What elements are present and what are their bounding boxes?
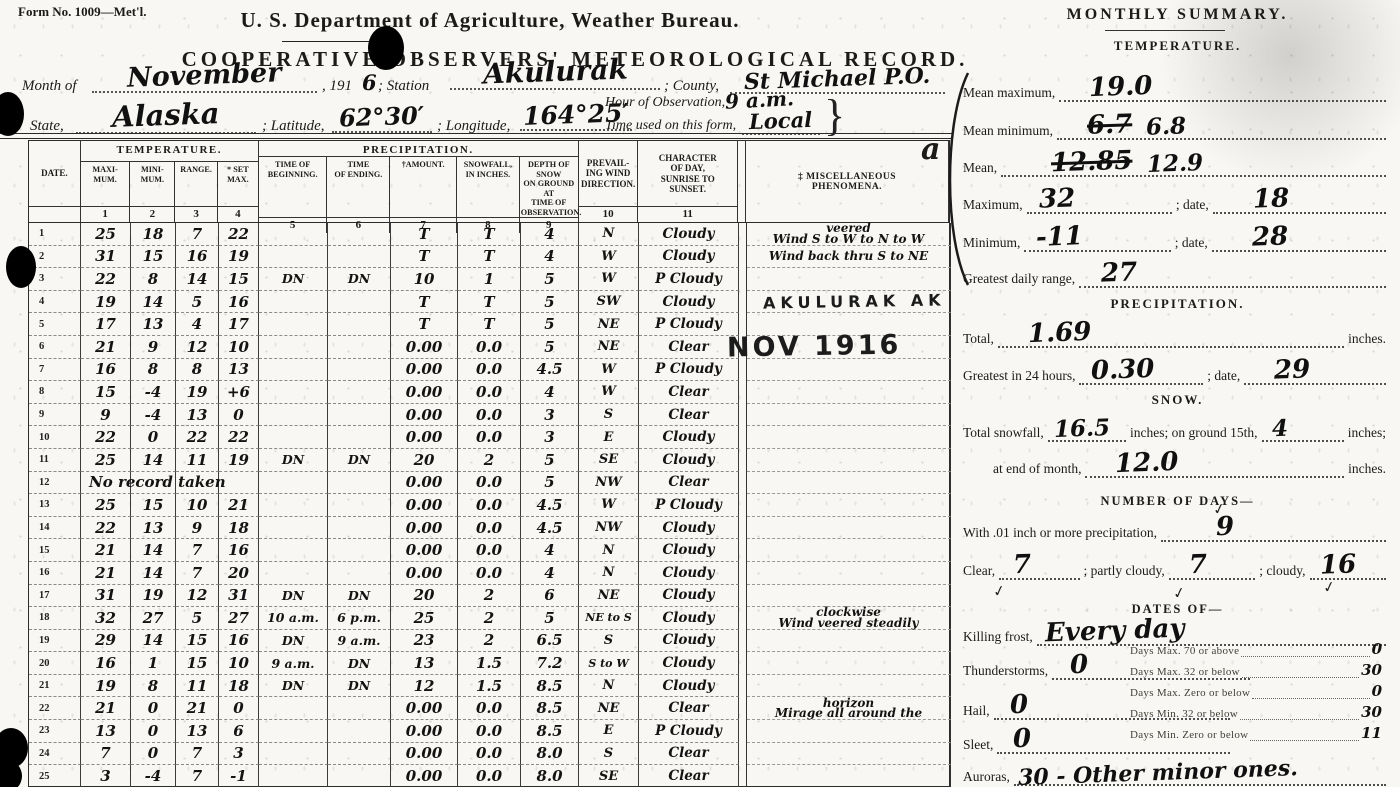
cell-time-beginning bbox=[259, 720, 328, 743]
greatest-24h-value: 0.30 bbox=[1091, 356, 1155, 384]
partly-cloudy-label: ; partly cloudy, bbox=[1084, 563, 1165, 580]
cell-wind: N bbox=[579, 675, 639, 698]
header-date: DATE. bbox=[29, 141, 81, 222]
cell-character: Cloudy bbox=[639, 449, 739, 472]
col-number-3: 3 bbox=[175, 206, 217, 222]
snowfall-label: SNOWFALL, IN INCHES. bbox=[457, 157, 519, 217]
cell-date: 24 bbox=[29, 743, 81, 766]
cell-snowfall: 0.0 bbox=[458, 743, 521, 766]
cell-max: 31 bbox=[81, 246, 131, 269]
cell-character: Clear bbox=[639, 381, 739, 404]
cell-date: 5 bbox=[29, 313, 81, 336]
cell-max: 25 bbox=[81, 494, 131, 517]
cell-spacer bbox=[739, 675, 747, 698]
cell-range: 4 bbox=[176, 313, 219, 336]
snowfall-line: Total snowfall, 16.5 inches; on ground 1… bbox=[963, 410, 1386, 442]
greatest-24h-line: Greatest in 24 hours, 0.30 ; date, 29 bbox=[963, 353, 1386, 385]
precipitation-section-header: PRECIPITATION. bbox=[955, 296, 1400, 312]
thunderstorms-value: 0 bbox=[1070, 652, 1089, 679]
cell-depth: 6.5 bbox=[521, 630, 579, 653]
cell-time-ending bbox=[328, 426, 391, 449]
precip-days-label: With .01 inch or more precipitation, bbox=[963, 525, 1157, 542]
cell-spacer bbox=[739, 585, 747, 608]
cell-character: Clear bbox=[639, 765, 739, 787]
mean-min-value: 6.8 bbox=[1146, 114, 1187, 138]
cell-snowfall: 0.0 bbox=[458, 472, 521, 495]
cell-set-max: 18 bbox=[219, 675, 259, 698]
cell-min: 13 bbox=[131, 517, 176, 540]
cell-character: Cloudy bbox=[639, 585, 739, 608]
cell-amount: 0.00 bbox=[391, 765, 458, 787]
cell-spacer bbox=[739, 246, 747, 269]
cell-time-beginning bbox=[259, 223, 328, 246]
cell-amount: T bbox=[391, 223, 458, 246]
max-label: MAXI- MUM. bbox=[81, 162, 130, 206]
cell-character: Cloudy bbox=[639, 652, 739, 675]
cell-time-beginning: DN bbox=[259, 449, 328, 472]
stamp-line-value: 30 bbox=[1361, 663, 1382, 678]
cell-character: Cloudy bbox=[639, 517, 739, 540]
cell-character: Clear bbox=[639, 472, 739, 495]
stamp-line: Days Max. 32 or below30 bbox=[1130, 657, 1382, 678]
ink-blot bbox=[368, 26, 404, 70]
cell-snowfall: 2 bbox=[458, 585, 521, 608]
cell-range: 13 bbox=[176, 720, 219, 743]
auroras-value: 30 - Other minor ones. bbox=[1018, 757, 1299, 787]
cell-date: 23 bbox=[29, 720, 81, 743]
cell-misc bbox=[747, 449, 951, 472]
cell-amount: 13 bbox=[391, 652, 458, 675]
cell-date: 1 bbox=[29, 223, 81, 246]
cell-set-max: 19 bbox=[219, 449, 259, 472]
cell-depth: 5 bbox=[521, 449, 579, 472]
cell-wind: SW bbox=[579, 291, 639, 314]
cell-spacer bbox=[739, 381, 747, 404]
inches-suffix: inches. bbox=[1348, 331, 1386, 348]
cell-max: 21 bbox=[81, 336, 131, 359]
cell-date: 15 bbox=[29, 539, 81, 562]
cell-depth: 4 bbox=[521, 562, 579, 585]
time-used-field: Local bbox=[742, 108, 820, 135]
cell-date: 19 bbox=[29, 630, 81, 653]
cell-set-max: 18 bbox=[219, 517, 259, 540]
cell-set-max: 10 bbox=[219, 336, 259, 359]
cell-min: -4 bbox=[131, 765, 176, 787]
cell-min: 0 bbox=[131, 697, 176, 720]
cell-misc bbox=[747, 539, 951, 562]
cell-time-ending bbox=[328, 404, 391, 427]
cell-date: 11 bbox=[29, 449, 81, 472]
cell-set-max: 16 bbox=[219, 539, 259, 562]
cell-time-ending: 9 a.m. bbox=[328, 630, 391, 653]
cell-time-ending bbox=[328, 539, 391, 562]
hail-value: 0 bbox=[1009, 692, 1028, 719]
cell-wind: S bbox=[579, 630, 639, 653]
cell-time-beginning bbox=[259, 291, 328, 314]
cell-time-beginning bbox=[259, 426, 328, 449]
cell-spacer bbox=[739, 268, 747, 291]
cell-snowfall: 1.5 bbox=[458, 652, 521, 675]
minimum-date-label: ; date, bbox=[1175, 235, 1208, 252]
cell-snowfall: 0.0 bbox=[458, 720, 521, 743]
check-mark: ✓ bbox=[1171, 583, 1187, 604]
cell-misc: Wind back thru S to NE bbox=[747, 246, 951, 269]
cell-min: 0 bbox=[131, 426, 176, 449]
on-ground-value: 4 bbox=[1271, 417, 1288, 441]
cell-wind: SE bbox=[579, 449, 639, 472]
cell-character: Cloudy bbox=[639, 291, 739, 314]
col-number-2: 2 bbox=[130, 206, 174, 222]
cell-set-max: 15 bbox=[219, 268, 259, 291]
cell-spacer bbox=[739, 562, 747, 585]
cell-date: 3 bbox=[29, 268, 81, 291]
mean-min-line: Mean minimum, 6.7 6.8 bbox=[963, 108, 1386, 140]
cell-spacer bbox=[739, 494, 747, 517]
cell-max: 25 bbox=[81, 223, 131, 246]
cell-time-beginning bbox=[259, 494, 328, 517]
cell-set-max: 13 bbox=[219, 359, 259, 382]
cell-time-ending bbox=[328, 494, 391, 517]
setmax-label: * SET MAX. bbox=[218, 162, 258, 206]
cell-range: 16 bbox=[176, 246, 219, 269]
cell-character: Cloudy bbox=[639, 223, 739, 246]
cell-wind: N bbox=[579, 539, 639, 562]
partly-cloudy-value: 7 bbox=[1188, 552, 1207, 579]
mean-line: Mean, 12.85 12.9 bbox=[963, 145, 1386, 177]
cell-time-beginning: 9 a.m. bbox=[259, 652, 328, 675]
cell-time-beginning bbox=[259, 359, 328, 382]
stamp-block: Days Max. 70 or above0Days Max. 32 or be… bbox=[1130, 636, 1382, 741]
range-label: Greatest daily range, bbox=[963, 271, 1075, 288]
cell-amount: 0.00 bbox=[391, 517, 458, 540]
cell-depth: 8.5 bbox=[521, 697, 579, 720]
cell-time-ending: DN bbox=[328, 449, 391, 472]
cell-time-ending: DN bbox=[328, 268, 391, 291]
range-value: 27 bbox=[1101, 259, 1138, 286]
cell-amount: 0.00 bbox=[391, 697, 458, 720]
greatest-24h-date-label: ; date, bbox=[1207, 368, 1240, 385]
cell-wind: SE bbox=[579, 765, 639, 787]
inches-suffix-3: inches. bbox=[1348, 461, 1386, 478]
table-header: DATE. TEMPERATURE. MAXI- MUM. 1 MINI- MU… bbox=[29, 141, 949, 223]
column-spacer bbox=[738, 141, 746, 222]
cell-time-ending bbox=[328, 472, 391, 495]
cell-date: 22 bbox=[29, 697, 81, 720]
stamp-line-label: Days Max. 70 or above bbox=[1130, 645, 1239, 657]
cell-range: 21 bbox=[176, 697, 219, 720]
cell-snowfall: 2 bbox=[458, 607, 521, 630]
cell-time-ending bbox=[328, 743, 391, 766]
hour-label: Hour of Observation, bbox=[605, 95, 725, 111]
header-range: RANGE. 3 bbox=[175, 162, 218, 222]
stamp-line: Days Min. Zero or below11 bbox=[1130, 720, 1382, 741]
cell-date: 25 bbox=[29, 765, 81, 787]
mean-max-value: 19.0 bbox=[1089, 73, 1153, 101]
stamp-line: Days Max. Zero or below0 bbox=[1130, 678, 1382, 699]
cell-min: 15 bbox=[131, 246, 176, 269]
cell-set-max: 20 bbox=[219, 562, 259, 585]
cell-snowfall: 2 bbox=[458, 449, 521, 472]
precip-total-line: Total, 1.69 inches. bbox=[963, 316, 1386, 348]
cell-spacer bbox=[739, 765, 747, 787]
greatest-24h-label: Greatest in 24 hours, bbox=[963, 368, 1075, 385]
cell-spacer bbox=[739, 472, 747, 495]
cell-range: 14 bbox=[176, 268, 219, 291]
cell-set-max: 0 bbox=[219, 404, 259, 427]
cell-set-max: 22 bbox=[219, 426, 259, 449]
stamp-line: Days Max. 70 or above0 bbox=[1130, 636, 1382, 657]
cell-set-max: 21 bbox=[219, 494, 259, 517]
cell-character: Cloudy bbox=[639, 426, 739, 449]
cell-depth: 8.0 bbox=[521, 765, 579, 787]
header-double-rule bbox=[0, 133, 952, 139]
cell-character: Clear bbox=[639, 336, 739, 359]
summary-rule bbox=[1105, 30, 1225, 31]
header-wind: PREVAIL- ING WIND DIRECTION. 10 bbox=[579, 141, 639, 222]
header-snowfall: SNOWFALL, IN INCHES. 8 bbox=[457, 157, 520, 233]
monthly-summary: a MONTHLY SUMMARY. TEMPERATURE. Mean max… bbox=[955, 0, 1400, 787]
month-value: November bbox=[127, 57, 282, 93]
range-line: Greatest daily range, 27 bbox=[963, 256, 1386, 288]
cell-wind: NE bbox=[579, 336, 639, 359]
cell-date: 17 bbox=[29, 585, 81, 608]
cell-date: 7 bbox=[29, 359, 81, 382]
header-min: MINI- MUM. 2 bbox=[130, 162, 175, 222]
ink-blot bbox=[0, 92, 24, 136]
snow-section-header: SNOW. bbox=[955, 392, 1400, 408]
cell-max: 9 bbox=[81, 404, 131, 427]
cell-min: 14 bbox=[131, 291, 176, 314]
cell-range: 10 bbox=[176, 494, 219, 517]
cell-misc bbox=[747, 268, 951, 291]
cell-range: 11 bbox=[176, 449, 219, 472]
cell-time-ending: DN bbox=[328, 675, 391, 698]
cell-snowfall: T bbox=[458, 291, 521, 314]
state-value: Alaska bbox=[112, 96, 221, 134]
cell-amount: 0.00 bbox=[391, 539, 458, 562]
cell-snowfall: 2 bbox=[458, 630, 521, 653]
header-depth: DEPTH OF SNOW ON GROUND AT TIME OF OBSER… bbox=[520, 157, 578, 233]
header-character: CHARACTER OF DAY, SUNRISE TO SUNSET. 11 bbox=[638, 141, 738, 222]
cell-wind: NE to S bbox=[579, 607, 639, 630]
observation-table: DATE. TEMPERATURE. MAXI- MUM. 1 MINI- MU… bbox=[28, 140, 950, 787]
stamp-line-value: 11 bbox=[1361, 726, 1382, 741]
annotation-a: a bbox=[921, 132, 940, 167]
station-field: Akulurak bbox=[450, 55, 660, 90]
divider-rule bbox=[282, 41, 378, 42]
cell-wind: E bbox=[579, 426, 639, 449]
cell-date: 9 bbox=[29, 404, 81, 427]
stamp-line-label: Days Max. Zero or below bbox=[1130, 687, 1250, 699]
temperature-group-label: TEMPERATURE. bbox=[81, 141, 258, 162]
maximum-date-value: 18 bbox=[1252, 185, 1289, 212]
header-precipitation-group: PRECIPITATION. TIME OF BEGINNING. 5 TIME… bbox=[259, 141, 579, 222]
stamp-line-label: Days Min. Zero or below bbox=[1130, 729, 1248, 741]
header-misc: ‡ MISCELLANEOUS PHENOMENA. bbox=[746, 141, 949, 222]
cell-time-ending bbox=[328, 720, 391, 743]
cell-amount: 0.00 bbox=[391, 720, 458, 743]
cell-character: Cloudy bbox=[639, 675, 739, 698]
cell-wind: W bbox=[579, 359, 639, 382]
cell-time-beginning bbox=[259, 472, 328, 495]
cell-depth: 5 bbox=[521, 336, 579, 359]
cell-amount: T bbox=[391, 246, 458, 269]
stamp-line: Days Min. 32 or below30 bbox=[1130, 699, 1382, 720]
cell-character: Clear bbox=[639, 697, 739, 720]
cell-range: 7 bbox=[176, 765, 219, 787]
cell-time-beginning bbox=[259, 539, 328, 562]
stamp-line-value: 30 bbox=[1361, 705, 1382, 720]
cell-time-ending bbox=[328, 765, 391, 787]
cell-max: 13 bbox=[81, 720, 131, 743]
form-number: Form No. 1009—Met'l. bbox=[18, 4, 147, 20]
cell-snowfall: T bbox=[458, 246, 521, 269]
cell-time-beginning bbox=[259, 336, 328, 359]
maximum-date-label: ; date, bbox=[1176, 197, 1209, 214]
cell-date: 10 bbox=[29, 426, 81, 449]
cell-character: Clear bbox=[639, 404, 739, 427]
cell-misc: veered Wind S to W to N to W bbox=[747, 223, 951, 246]
cell-wind: W bbox=[579, 268, 639, 291]
cell-misc bbox=[747, 630, 951, 653]
cell-amount: 0.00 bbox=[391, 426, 458, 449]
station-label: ; Station bbox=[378, 78, 429, 95]
cell-misc bbox=[747, 426, 951, 449]
cell-time-ending bbox=[328, 697, 391, 720]
begin-label: TIME OF BEGINNING. bbox=[259, 157, 327, 217]
summary-title: MONTHLY SUMMARY. bbox=[955, 6, 1400, 24]
dotted-leader bbox=[1240, 719, 1359, 720]
mean-min-struck: 6.7 bbox=[1087, 111, 1133, 139]
month-field: November bbox=[92, 60, 317, 93]
cell-time-beginning bbox=[259, 404, 328, 427]
cell-time-ending bbox=[328, 336, 391, 359]
maximum-line: Maximum, 32 ; date, 18 bbox=[963, 182, 1386, 214]
scanned-form-page: Form No. 1009—Met'l. U. S. Department of… bbox=[0, 0, 1400, 787]
cell-range: 8 bbox=[176, 359, 219, 382]
cell-set-max: 17 bbox=[219, 313, 259, 336]
cell-max: 25 bbox=[81, 449, 131, 472]
cell-range: 12 bbox=[176, 336, 219, 359]
dotted-leader bbox=[1250, 740, 1359, 741]
latitude-field: 62°30′ bbox=[332, 102, 432, 133]
cell-max: 16 bbox=[81, 652, 131, 675]
col-number-11: 11 bbox=[638, 206, 737, 222]
mean-value: 12.9 bbox=[1146, 151, 1203, 176]
cell-time-beginning bbox=[259, 562, 328, 585]
cell-set-max: 10 bbox=[219, 652, 259, 675]
cell-max: 15 bbox=[81, 381, 131, 404]
cell-time-beginning bbox=[259, 743, 328, 766]
precip-total-label: Total, bbox=[963, 331, 994, 348]
cell-amount: 0.00 bbox=[391, 404, 458, 427]
mean-label: Mean, bbox=[963, 160, 997, 177]
cell-amount: T bbox=[391, 291, 458, 314]
cell-wind: NW bbox=[579, 517, 639, 540]
cell-min: 8 bbox=[131, 675, 176, 698]
cell-min: 0 bbox=[131, 720, 176, 743]
latitude-value: 62°30′ bbox=[339, 101, 425, 133]
cell-amount: 0.00 bbox=[391, 743, 458, 766]
mean-max-line: Mean maximum, 19.0 bbox=[963, 70, 1386, 102]
cell-misc bbox=[747, 585, 951, 608]
number-of-days-header: NUMBER OF DAYS— bbox=[955, 494, 1400, 509]
cell-set-max: 16 bbox=[219, 630, 259, 653]
cell-range: 9 bbox=[176, 517, 219, 540]
cell-min: 18 bbox=[131, 223, 176, 246]
cell-set-max: 19 bbox=[219, 246, 259, 269]
snowfall-total-value: 16.5 bbox=[1053, 416, 1110, 441]
cell-snowfall: 0.0 bbox=[458, 562, 521, 585]
cell-max: 7 bbox=[81, 743, 131, 766]
cell-min: 13 bbox=[131, 313, 176, 336]
cloudy-days-value: 16 bbox=[1319, 551, 1356, 578]
header-amount: †AMOUNT. 7 bbox=[390, 157, 457, 233]
cell-set-max: 31 bbox=[219, 585, 259, 608]
cell-time-beginning bbox=[259, 517, 328, 540]
cell-wind: S bbox=[579, 404, 639, 427]
cell-amount: 12 bbox=[391, 675, 458, 698]
cell-time-ending bbox=[328, 223, 391, 246]
cell-snowfall: T bbox=[458, 223, 521, 246]
cell-depth: 3 bbox=[521, 426, 579, 449]
cell-snowfall: 1 bbox=[458, 268, 521, 291]
cell-range: 19 bbox=[176, 381, 219, 404]
cell-range: 7 bbox=[176, 743, 219, 766]
cell-date: 21 bbox=[29, 675, 81, 698]
cell-amount: 0.00 bbox=[391, 472, 458, 495]
sky-days-line: Clear, 7 ; partly cloudy, 7 ; cloudy, 16 bbox=[963, 546, 1386, 580]
header-max: MAXI- MUM. 1 bbox=[81, 162, 131, 222]
cell-amount: 0.00 bbox=[391, 381, 458, 404]
cell-time-beginning: DN bbox=[259, 268, 328, 291]
cell-depth: 4.5 bbox=[521, 494, 579, 517]
cell-snowfall: 0.0 bbox=[458, 381, 521, 404]
cell-min: 1 bbox=[131, 652, 176, 675]
thunderstorms-label: Thunderstorms, bbox=[963, 663, 1048, 680]
cell-wind: NW bbox=[579, 472, 639, 495]
header-temperature-group: TEMPERATURE. MAXI- MUM. 1 MINI- MUM. 2 R… bbox=[81, 141, 259, 222]
cell-snowfall: 0.0 bbox=[458, 336, 521, 359]
year-value: 6 bbox=[362, 70, 377, 95]
date-column-label: DATE. bbox=[29, 141, 80, 206]
cell-min: 27 bbox=[131, 607, 176, 630]
cell-range: 15 bbox=[176, 652, 219, 675]
cell-snowfall: 0.0 bbox=[458, 765, 521, 787]
cell-date: 16 bbox=[29, 562, 81, 585]
cell-time-beginning bbox=[259, 313, 328, 336]
cell-depth: 4 bbox=[521, 539, 579, 562]
cell-depth: 8.0 bbox=[521, 743, 579, 766]
greatest-24h-date-value: 29 bbox=[1274, 356, 1311, 383]
cell-max: 17 bbox=[81, 313, 131, 336]
cell-max: 19 bbox=[81, 291, 131, 314]
cell-depth: 5 bbox=[521, 472, 579, 495]
cell-range: 15 bbox=[176, 630, 219, 653]
end-of-month-line: at end of month, 12.0 inches. bbox=[963, 446, 1386, 478]
cell-depth: 5 bbox=[521, 607, 579, 630]
col-number-10: 10 bbox=[579, 206, 638, 222]
header-setmax: * SET MAX. 4 bbox=[218, 162, 258, 222]
snowfall-total-label: Total snowfall, bbox=[963, 425, 1044, 442]
cell-amount: 20 bbox=[391, 585, 458, 608]
year-label: , 191 bbox=[322, 78, 352, 95]
cell-misc bbox=[747, 472, 951, 495]
cell-amount: 23 bbox=[391, 630, 458, 653]
mean-struck: 12.85 bbox=[1051, 148, 1133, 177]
cell-range: 11 bbox=[176, 675, 219, 698]
cell-time-beginning bbox=[259, 381, 328, 404]
